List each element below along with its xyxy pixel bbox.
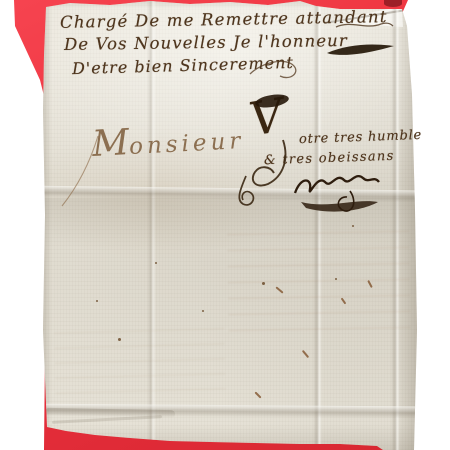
- fox-spot: [96, 300, 98, 302]
- ink-showthrough-right: [227, 230, 411, 338]
- fox-spot: [335, 278, 337, 280]
- stain-fleck: [254, 391, 261, 398]
- header-line-2: De Vos Nouvelles Je l'honneur: [64, 31, 348, 54]
- stain-fleck: [302, 350, 309, 358]
- salutation-rest: onsieur: [128, 128, 244, 160]
- letter-photo: Chargé De me Remettre attandant De Vos N…: [0, 0, 450, 450]
- salutation-monsieur: Monsieur: [91, 116, 245, 165]
- red-backing-shadow: [384, 0, 402, 7]
- fox-spot: [202, 310, 204, 312]
- salutation-initial: M: [91, 122, 130, 165]
- ink-showthrough-left: [54, 328, 226, 402]
- fox-spot: [155, 262, 157, 264]
- fox-spot: [352, 225, 354, 227]
- fox-spot: [262, 282, 265, 285]
- fox-spot: [118, 338, 121, 341]
